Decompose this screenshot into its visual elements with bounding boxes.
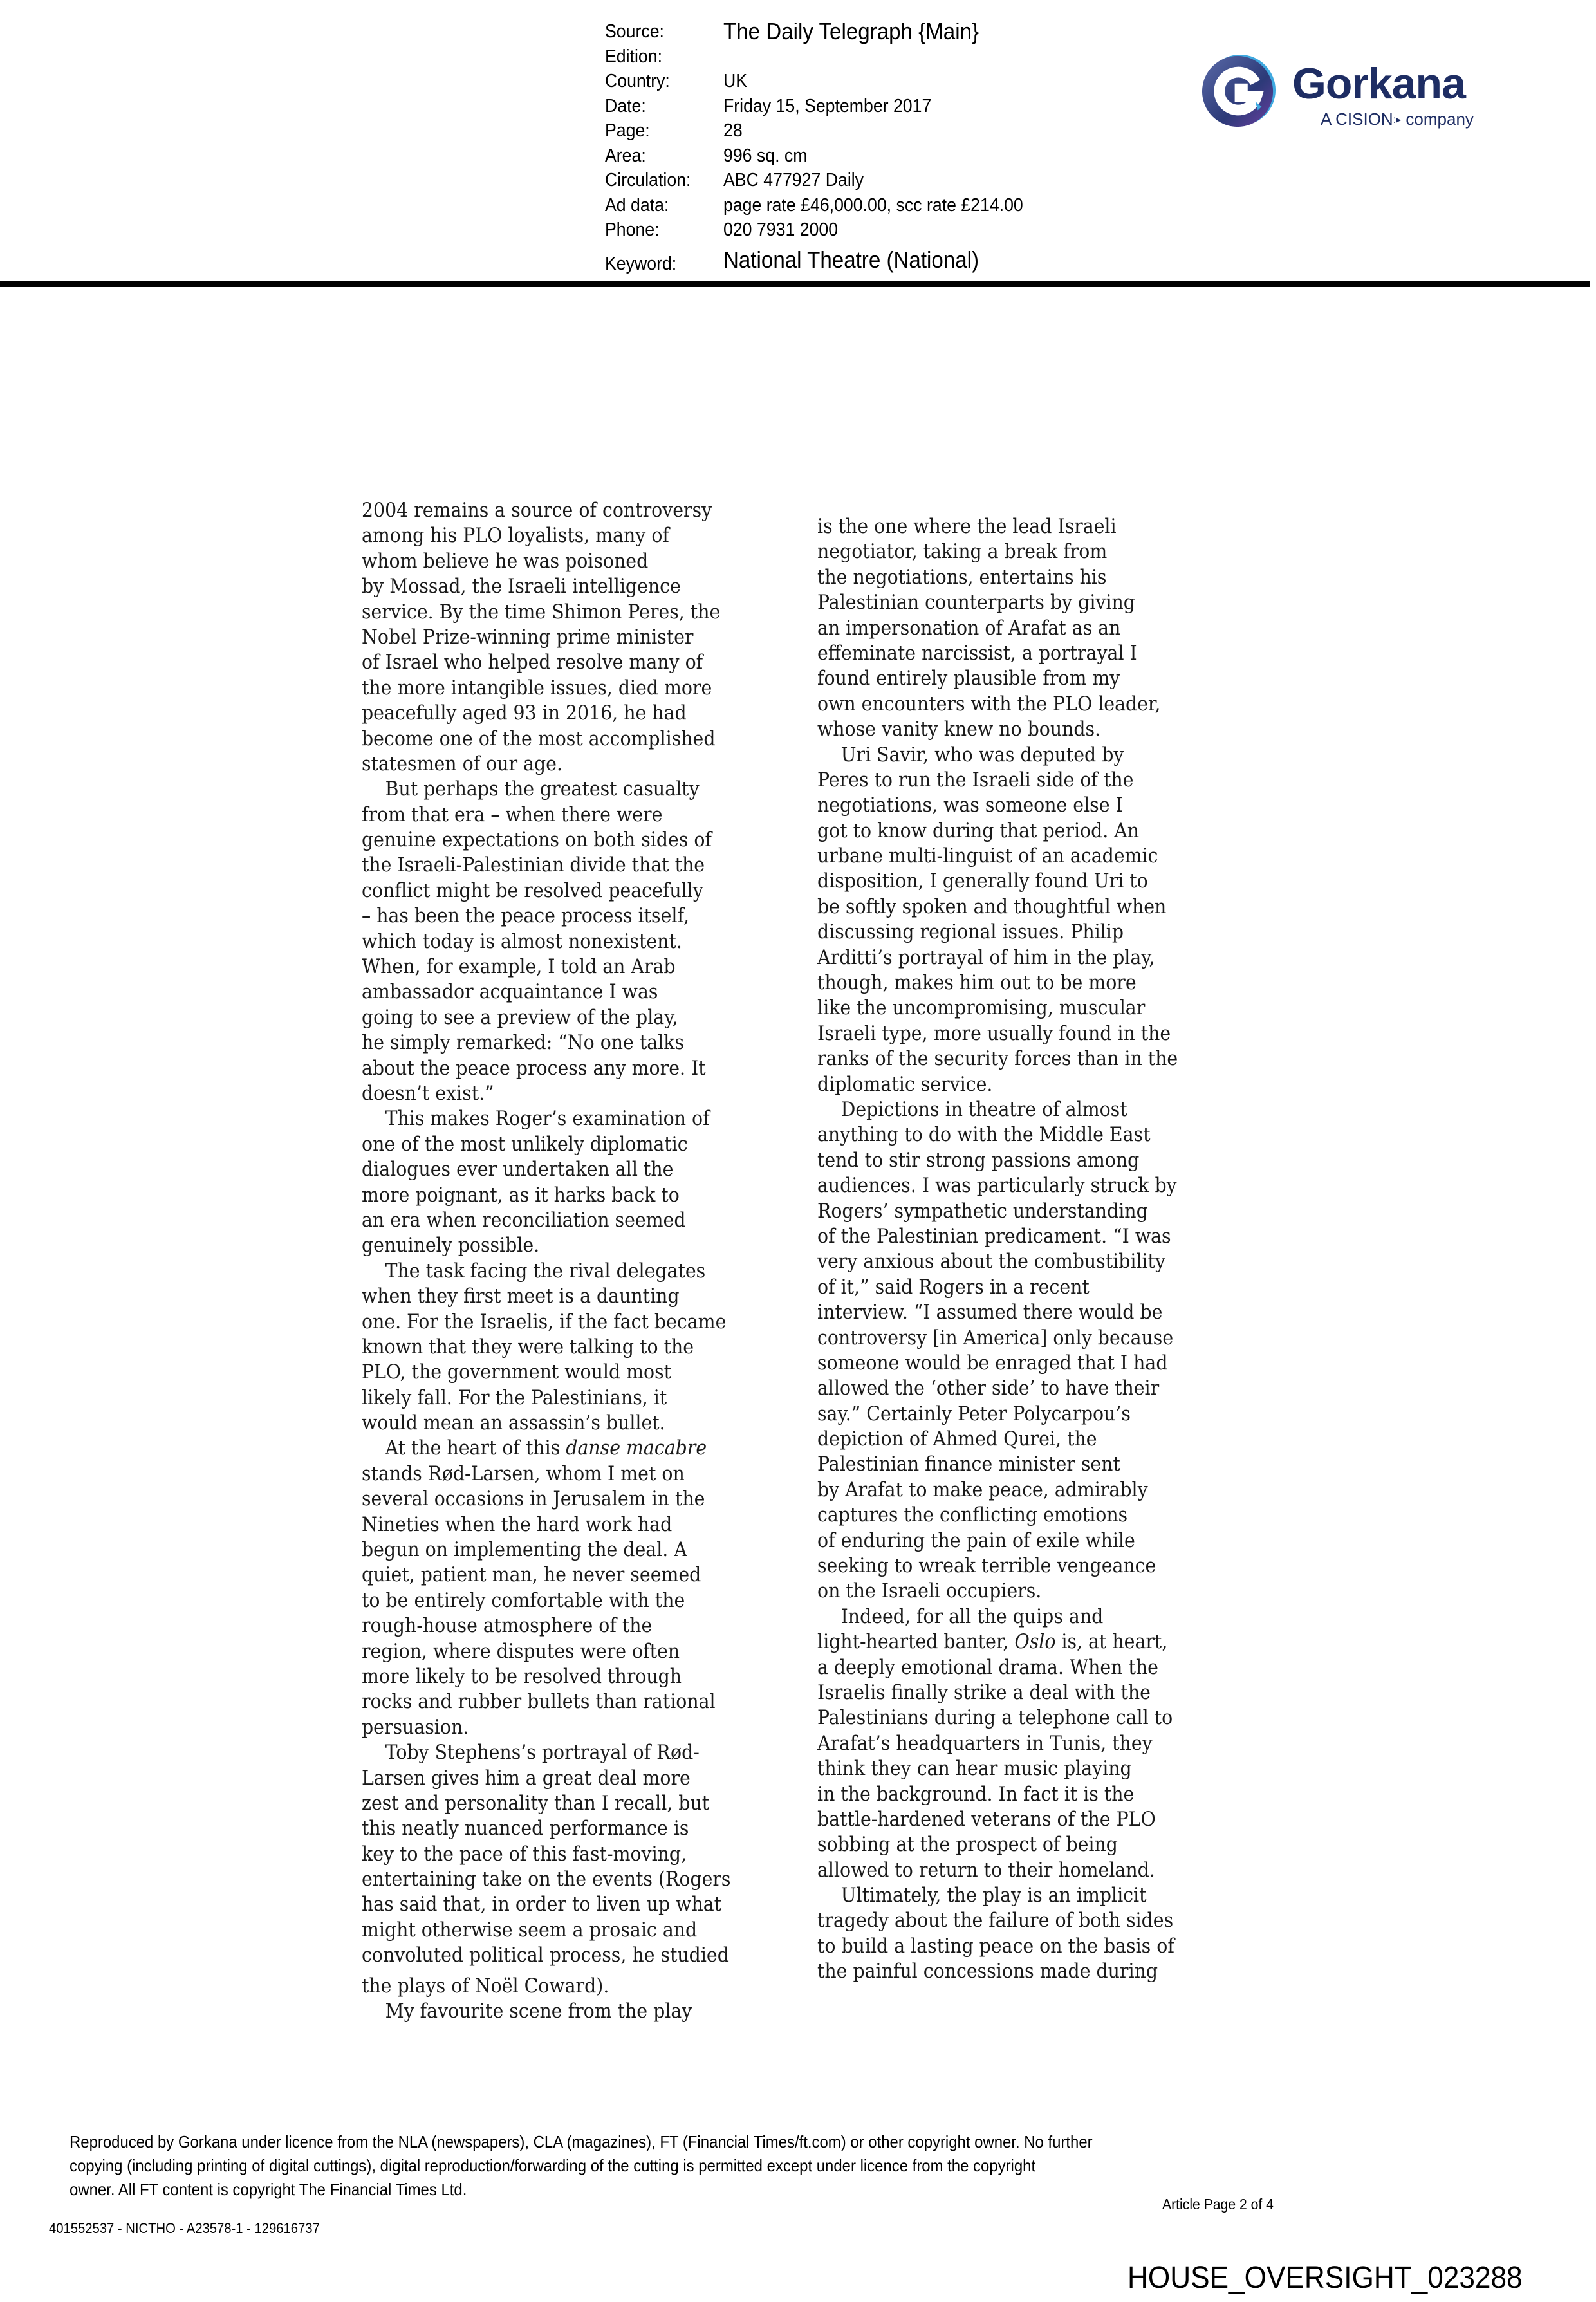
metadata-label: Circulation: (605, 168, 723, 193)
article-line: Nobel Prize-winning prime minister (362, 625, 731, 650)
article-line: of it,” said Rogers in a recent (817, 1275, 1178, 1300)
article-line: conflict might be resolved peacefully (362, 878, 731, 904)
article-line: own encounters with the PLO leader, (817, 692, 1178, 717)
clipping-metadata: Source:The Daily Telegraph {Main}Edition… (605, 19, 1023, 276)
article-line: when they first meet is a daunting (362, 1284, 731, 1309)
article-line: peacefully aged 93 in 2016, he had (362, 701, 731, 726)
article-line: more poignant, as it harks back to (362, 1183, 731, 1208)
article-line: of enduring the pain of exile while (817, 1528, 1178, 1554)
article-line: rocks and rubber bullets than rational (362, 1689, 731, 1714)
article-line: Israelis finally strike a deal with the (817, 1680, 1178, 1705)
article-line: might otherwise seem a prosaic and (362, 1918, 731, 1943)
article-line: audiences. I was particularly struck by (817, 1173, 1178, 1198)
logo-wordmark: Gorkana (1292, 62, 1465, 106)
metadata-value: ABC 477927 Daily (723, 168, 864, 193)
italic-title: Oslo (1014, 1630, 1055, 1653)
article-line: begun on implementing the deal. A (362, 1537, 731, 1563)
article-line: would mean an assassin’s bullet. (362, 1411, 731, 1436)
italic-title: danse macabre (566, 1436, 707, 1460)
article-line: by Mossad, the Israeli intelligence (362, 574, 731, 599)
article-line: 2004 remains a source of controversy (362, 498, 731, 523)
article-line: allowed to return to their homeland. (817, 1858, 1178, 1883)
article-line: diplomatic service. (817, 1072, 1178, 1097)
article-line: Depictions in theatre of almost (817, 1097, 1178, 1122)
article-line: think they can hear music playing (817, 1756, 1178, 1781)
article-line: like the uncompromising, muscular (817, 996, 1178, 1021)
article-line: tragedy about the failure of both sides (817, 1908, 1178, 1933)
article-line: interview. “I assumed there would be (817, 1300, 1178, 1325)
article-line: urbane multi-linguist of an academic (817, 844, 1178, 869)
article-line: depiction of Ahmed Qurei, the (817, 1427, 1178, 1452)
article-line: entertaining take on the events (Rogers (362, 1867, 731, 1892)
metadata-value: Friday 15, September 2017 (723, 94, 931, 119)
article-line: genuinely possible. (362, 1233, 731, 1258)
article-line: has said that, in order to liven up what (362, 1892, 731, 1917)
article-line: by Arafat to make peace, admirably (817, 1478, 1178, 1503)
metadata-label: Ad data: (605, 193, 723, 218)
gorkana-logo: Gorkana A CISION:▸ company (1201, 51, 1471, 129)
article-line: anything to do with the Middle East (817, 1122, 1178, 1147)
article-line: on the Israeli occupiers. (817, 1579, 1178, 1604)
article-line: Larsen gives him a great deal more (362, 1766, 731, 1791)
article-line: the painful concessions made during (817, 1959, 1178, 1984)
article-line: Indeed, for all the quips and (817, 1604, 1178, 1629)
metadata-label: Area: (605, 144, 723, 169)
article-line: negotiator, taking a break from (817, 539, 1178, 564)
article-line: found entirely plausible from my (817, 666, 1178, 691)
article-line: Palestinian finance minister sent (817, 1452, 1178, 1477)
article-line: negotiations, was someone else I (817, 793, 1178, 818)
article-line: more likely to be resolved through (362, 1664, 731, 1689)
licence-notice: Reproduced by Gorkana under licence from… (70, 2130, 1093, 2202)
licence-line: Reproduced by Gorkana under licence from… (70, 2130, 1093, 2154)
article-page-indicator: Article Page 2 of 4 (1162, 2196, 1274, 2213)
article-line: among his PLO loyalists, many of (362, 523, 731, 548)
article-line: Peres to run the Israeli side of the (817, 768, 1178, 793)
metadata-value: 020 7931 2000 (723, 218, 838, 243)
article-line: several occasions in Jerusalem in the (362, 1487, 731, 1512)
article-line: statesmen of our age. (362, 752, 731, 777)
article-line: disposition, I generally found Uri to (817, 869, 1178, 894)
article-line: the plays of Noël Coward). (362, 1974, 731, 1999)
article-line: When, for example, I told an Arab (362, 954, 731, 979)
article-line: be softly spoken and thoughtful when (817, 895, 1178, 920)
article-line: to build a lasting peace on the basis of (817, 1934, 1178, 1959)
article-line: in the background. In fact it is the (817, 1782, 1178, 1807)
metadata-row: Phone:020 7931 2000 (605, 218, 1023, 243)
article-line: Uri Savir, who was deputed by (817, 743, 1178, 768)
metadata-row: Source:The Daily Telegraph {Main} (605, 19, 1023, 44)
article-line: controversy [in America] only because (817, 1326, 1178, 1351)
article-line: an era when reconciliation seemed (362, 1208, 731, 1233)
metadata-label: Page: (605, 118, 723, 144)
metadata-label: Source: (605, 19, 723, 44)
article-line: Toby Stephens’s portrayal of Rød- (362, 1740, 731, 1765)
metadata-row: Edition: (605, 44, 1023, 70)
article-line: one. For the Israelis, if the fact becam… (362, 1310, 731, 1335)
licence-line: owner. All FT content is copyright The F… (70, 2178, 1093, 2202)
article-line: one of the most unlikely diplomatic (362, 1132, 731, 1157)
article-line: the Israeli-Palestinian divide that the (362, 853, 731, 878)
metadata-row: Keyword:National Theatre (National) (605, 248, 1023, 277)
article-line: he simply remarked: “No one talks (362, 1030, 731, 1055)
metadata-row: Country:UK (605, 69, 1023, 94)
article-line: rough-house atmosphere of the (362, 1613, 731, 1638)
article-line: But perhaps the greatest casualty (362, 777, 731, 802)
article-line: Ultimately, the play is an implicit (817, 1883, 1178, 1908)
article-line: which today is almost nonexistent. (362, 929, 731, 954)
article-line: a deeply emotional drama. When the (817, 1655, 1178, 1680)
article-line: Palestinians during a telephone call to (817, 1705, 1178, 1731)
article-line: captures the conflicting emotions (817, 1503, 1178, 1528)
article-line: At the heart of this danse macabre (362, 1436, 731, 1461)
article-line: got to know during that period. An (817, 819, 1178, 844)
article-line: about the peace process any more. It (362, 1056, 731, 1081)
metadata-row: Page:28 (605, 118, 1023, 144)
article-line: very anxious about the combustibility (817, 1249, 1178, 1274)
article-line: service. By the time Shimon Peres, the (362, 600, 731, 625)
logo-tagline: A CISION:▸ company (1321, 109, 1474, 129)
article-line: someone would be enraged that I had (817, 1351, 1178, 1376)
article-line: of Israel who helped resolve many of (362, 650, 731, 675)
metadata-value: UK (723, 69, 747, 94)
article-line: persuasion. (362, 1715, 731, 1740)
article-line: quiet, patient man, he never seemed (362, 1563, 731, 1588)
article-line: Arafat’s headquarters in Tunis, they (817, 1731, 1178, 1756)
article-line: Palestinian counterparts by giving (817, 590, 1178, 615)
article-line: known that they were talking to the (362, 1335, 731, 1360)
article-line: though, makes him out to be more (817, 970, 1178, 996)
article-line: an impersonation of Arafat as an (817, 616, 1178, 641)
article-line: genuine expectations on both sides of (362, 828, 731, 853)
bates-number: HOUSE_OVERSIGHT_023288 (1127, 2260, 1523, 2296)
article-line: ranks of the security forces than in the (817, 1046, 1178, 1072)
article-line: whom believe he was poisoned (362, 549, 731, 574)
article-line: likely fall. For the Palestinians, it (362, 1386, 731, 1411)
licence-line: copying (including printing of digital c… (70, 2154, 1093, 2178)
article-line: ambassador acquaintance I was (362, 979, 731, 1005)
article-line: region, where disputes were often (362, 1639, 731, 1664)
header-divider (0, 281, 1590, 287)
article-line: light-hearted banter, Oslo is, at heart, (817, 1629, 1178, 1655)
article-line: say.” Certainly Peter Polycarpou’s (817, 1402, 1178, 1427)
metadata-label: Date: (605, 94, 723, 119)
metadata-value: page rate £46,000.00, scc rate £214.00 (723, 193, 1023, 218)
gorkana-g-icon (1201, 53, 1277, 129)
metadata-label: Country: (605, 69, 723, 94)
article-line: Israeli type, more usually found in the (817, 1021, 1178, 1046)
metadata-row: Date:Friday 15, September 2017 (605, 94, 1023, 119)
article-column-left: 2004 remains a source of controversyamon… (362, 498, 731, 2024)
metadata-label: Edition: (605, 44, 723, 70)
metadata-label: Keyword: (605, 248, 723, 277)
metadata-row: Area:996 sq. cm (605, 144, 1023, 169)
article-line: dialogues ever undertaken all the (362, 1157, 731, 1182)
metadata-value: National Theatre (National) (723, 248, 979, 277)
article-line: of the Palestinian predicament. “I was (817, 1224, 1178, 1249)
article-line: whose vanity knew no bounds. (817, 717, 1178, 742)
article-line: sobbing at the prospect of being (817, 1832, 1178, 1857)
metadata-label: Phone: (605, 218, 723, 243)
article-column-right: is the one where the lead Israelinegotia… (817, 514, 1178, 1985)
article-line: zest and personality than I recall, but (362, 1791, 731, 1816)
article-line: become one of the most accomplished (362, 727, 731, 752)
article-line: from that era – when there were (362, 803, 731, 828)
article-line: tend to stir strong passions among (817, 1148, 1178, 1173)
article-line: the negotiations, entertains his (817, 565, 1178, 590)
article-line: Rogers’ sympathetic understanding (817, 1199, 1178, 1224)
metadata-row: Ad data:page rate £46,000.00, scc rate £… (605, 193, 1023, 218)
article-line: discussing regional issues. Philip (817, 920, 1178, 945)
article-line: doesn’t exist.” (362, 1081, 731, 1106)
article-line: PLO, the government would most (362, 1360, 731, 1385)
metadata-value: 28 (723, 118, 743, 144)
article-line: key to the pace of this fast-moving, (362, 1842, 731, 1867)
article-line: – has been the peace process itself, (362, 904, 731, 929)
article-line: this neatly nuanced performance is (362, 1816, 731, 1841)
article-line: is the one where the lead Israeli (817, 514, 1178, 539)
article-line: seeking to wreak terrible vengeance (817, 1554, 1178, 1579)
article-line: to be entirely comfortable with the (362, 1588, 731, 1613)
article-line: The task facing the rival delegates (362, 1259, 731, 1284)
article-line: battle-hardened veterans of the PLO (817, 1807, 1178, 1832)
metadata-value: 996 sq. cm (723, 144, 807, 169)
reference-id: 401552537 - NICTHO - A23578-1 - 12961673… (49, 2220, 320, 2237)
metadata-row: Circulation:ABC 477927 Daily (605, 168, 1023, 193)
metadata-value: The Daily Telegraph {Main} (723, 19, 979, 44)
article-line: going to see a preview of the play, (362, 1005, 731, 1030)
article-line: convoluted political process, he studied (362, 1943, 731, 1968)
article-line: stands Rød-Larsen, whom I met on (362, 1462, 731, 1487)
article-line: allowed the ‘other side’ to have their (817, 1376, 1178, 1401)
article-line: effeminate narcissist, a portrayal I (817, 641, 1178, 666)
article-line: Arditti’s portrayal of him in the play, (817, 945, 1178, 970)
article-line: My favourite scene from the play (362, 1999, 731, 2024)
article-line: the more intangible issues, died more (362, 676, 731, 701)
article-line: This makes Roger’s examination of (362, 1106, 731, 1131)
article-line: Nineties when the hard work had (362, 1512, 731, 1537)
